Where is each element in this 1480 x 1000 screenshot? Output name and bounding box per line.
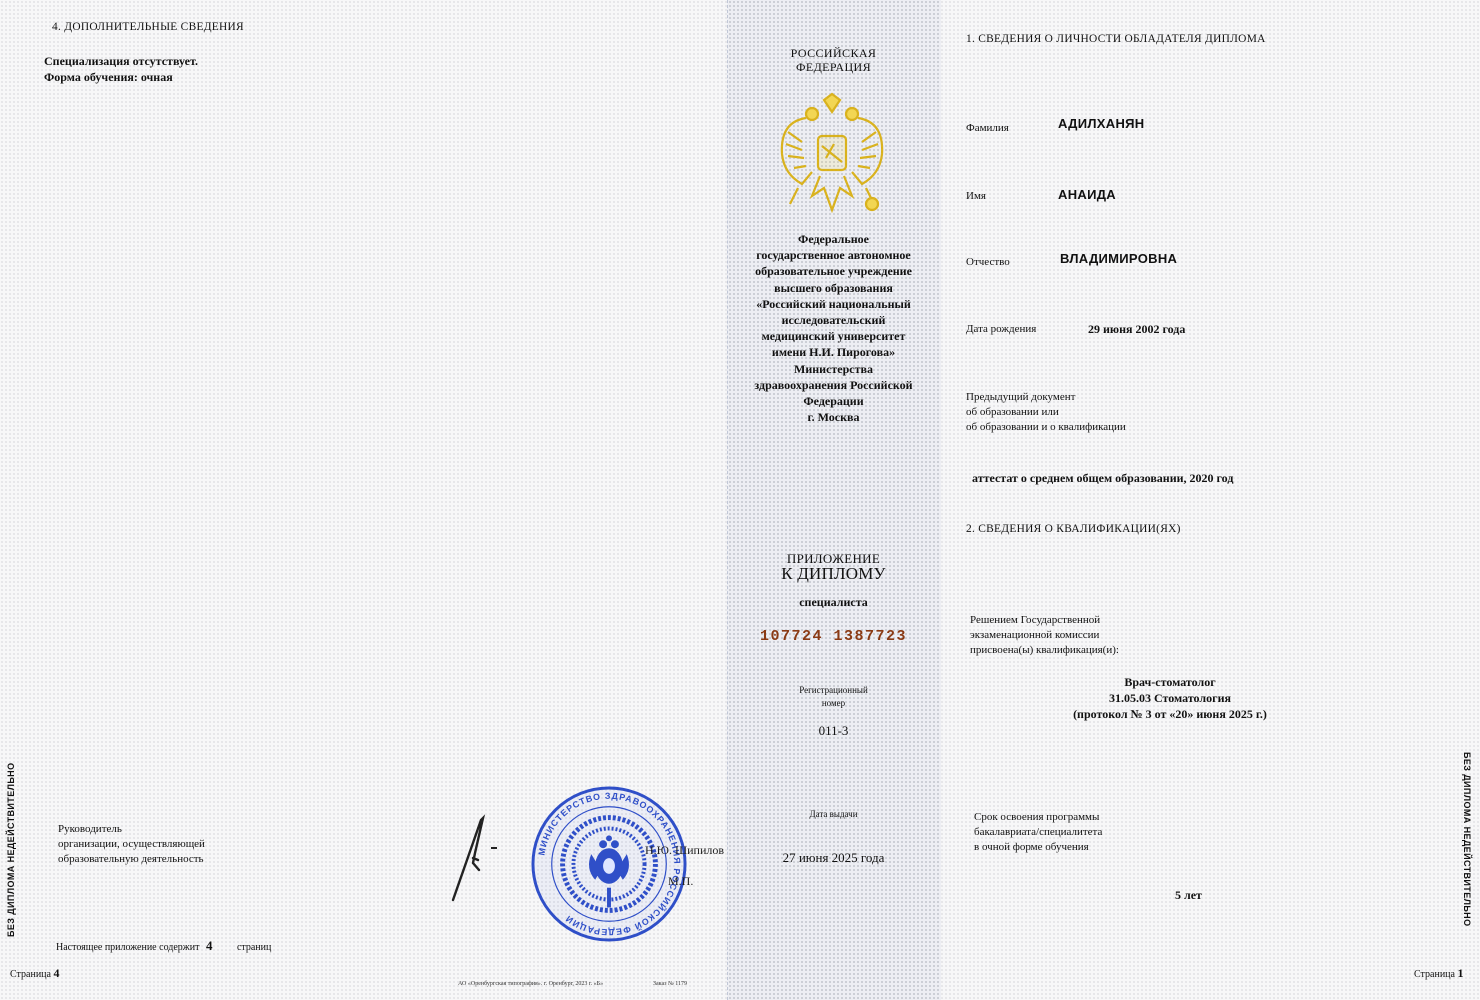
institution-line: «Российский национальный bbox=[727, 296, 940, 312]
stamp-place: М.П. bbox=[668, 874, 693, 889]
institution-line: Федерации bbox=[727, 393, 940, 409]
reg-number: 011-3 bbox=[727, 723, 940, 739]
institution-name: Федеральное государственное автономное о… bbox=[727, 231, 940, 425]
birth-label: Дата рождения bbox=[966, 323, 1036, 335]
commission-text: Решением Государственной экзаменационной… bbox=[970, 613, 1119, 658]
institution-line: Федеральное bbox=[727, 231, 940, 247]
qualification-block: Врач-стоматолог 31.05.03 Стоматология (п… bbox=[1040, 674, 1300, 722]
page-footer-left: Страница 4 bbox=[10, 966, 59, 982]
page-number: 1 bbox=[1457, 966, 1463, 980]
page-footer-right: Страница 1 bbox=[1414, 966, 1463, 982]
pages-note: Настоящее приложение содержит 4 страниц bbox=[56, 938, 271, 955]
patronymic-value: ВЛАДИМИРОВНА bbox=[1060, 251, 1177, 266]
institution-line: государственное автономное bbox=[727, 247, 940, 263]
study-form-line: Форма обучения: очная bbox=[44, 70, 173, 85]
prev-doc-label-line: об образовании и о квалификации bbox=[966, 420, 1126, 435]
name-label: Имя bbox=[966, 190, 986, 202]
institution-line: исследовательский bbox=[727, 312, 940, 328]
issue-date: 27 июня 2025 года bbox=[727, 850, 940, 866]
duration-value: 5 лет bbox=[1175, 888, 1202, 903]
institution-line: здравоохранения Российской bbox=[727, 377, 940, 393]
institution-line: медицинский университет bbox=[727, 328, 940, 344]
specialization-line: Специализация отсутствует. bbox=[44, 54, 198, 69]
institution-line: высшего образования bbox=[727, 280, 940, 296]
duration-label-line: в очной форме обучения bbox=[974, 840, 1102, 855]
side-warning-left: БЕЗ ДИПЛОМА НЕДЕЙСТВИТЕЛЬНО bbox=[6, 752, 16, 937]
pages-count: 4 bbox=[206, 938, 213, 953]
serial-number: 107724 1387723 bbox=[727, 628, 940, 645]
official-stamp-icon: МИНИСТЕРСТВО ЗДРАВООХРАНЕНИЯ РОССИЙСКОЙ … bbox=[530, 785, 688, 943]
page-number: 4 bbox=[53, 966, 59, 980]
birth-date-value: 29 июня 2002 года bbox=[1088, 322, 1185, 337]
head-label-line: организации, осуществляющей bbox=[58, 837, 205, 852]
page-label: Страница bbox=[10, 969, 51, 980]
commission-line: присвоена(ы) квалификация(и): bbox=[970, 643, 1119, 658]
signer-initials: Н.Ю. Шипилов bbox=[645, 843, 724, 858]
signature-icon bbox=[445, 808, 505, 908]
prev-doc-label-line: об образовании или bbox=[966, 405, 1126, 420]
head-label-line: образовательную деятельность bbox=[58, 852, 205, 867]
pages-note-suffix: страниц bbox=[237, 942, 271, 953]
reg-label-line: Регистрационный bbox=[727, 684, 940, 697]
prev-doc-label: Предыдущий документ об образовании или о… bbox=[966, 390, 1126, 435]
head-label-line: Руководитель bbox=[58, 822, 205, 837]
institution-line: образовательное учреждение bbox=[727, 263, 940, 279]
doc-type: специалиста bbox=[727, 595, 940, 610]
commission-line: экзаменационной комиссии bbox=[970, 628, 1119, 643]
prev-doc-label-line: Предыдущий документ bbox=[966, 390, 1126, 405]
institution-line: г. Москва bbox=[727, 409, 940, 425]
head-label: Руководитель организации, осуществляющей… bbox=[58, 822, 205, 867]
pages-note-prefix: Настоящее приложение содержит bbox=[56, 942, 199, 953]
section-1-title: 1. СВЕДЕНИЯ О ЛИЧНОСТИ ОБЛАДАТЕЛЯ ДИПЛОМ… bbox=[966, 31, 1266, 46]
prev-doc-value: аттестат о среднем общем образовании, 20… bbox=[972, 471, 1233, 486]
reg-label: Регистрационный номер bbox=[727, 684, 940, 710]
specialty-code: 31.05.03 Стоматология bbox=[1040, 690, 1300, 706]
name-value: АНАИДА bbox=[1058, 187, 1116, 202]
institution-line: Министерства bbox=[727, 361, 940, 377]
patronymic-label: Отчество bbox=[966, 256, 1010, 268]
doc-title-2: К ДИПЛОМУ bbox=[727, 564, 940, 584]
section-4-title: 4. ДОПОЛНИТЕЛЬНЫЕ СВЕДЕНИЯ bbox=[52, 19, 244, 34]
institution-line: имени Н.И. Пирогова» bbox=[727, 344, 940, 360]
country-line: ФЕДЕРАЦИЯ bbox=[727, 60, 940, 74]
reg-label-line: номер bbox=[727, 697, 940, 710]
duration-label-line: бакалавриата/специалитета bbox=[974, 825, 1102, 840]
issue-label: Дата выдачи bbox=[727, 809, 940, 819]
surname-value: АДИЛХАНЯН bbox=[1058, 116, 1144, 131]
qualification-title: Врач-стоматолог bbox=[1040, 674, 1300, 690]
printer-note: АО «Оренбургская типография». г. Оренбур… bbox=[458, 981, 603, 987]
order-note: Заказ № 1179 bbox=[653, 981, 687, 987]
commission-line: Решением Государственной bbox=[970, 613, 1119, 628]
duration-label: Срок освоения программы бакалавриата/спе… bbox=[974, 810, 1102, 855]
duration-label-line: Срок освоения программы bbox=[974, 810, 1102, 825]
country-name: РОССИЙСКАЯ ФЕДЕРАЦИЯ bbox=[727, 46, 940, 74]
section-2-title: 2. СВЕДЕНИЯ О КВАЛИФИКАЦИИ(ЯХ) bbox=[966, 521, 1181, 536]
coat-of-arms-icon bbox=[772, 92, 892, 218]
page-label: Страница bbox=[1414, 969, 1455, 980]
side-warning-right: БЕЗ ДИПЛОМА НЕДЕЙСТВИТЕЛЬНО bbox=[1462, 752, 1472, 937]
country-line: РОССИЙСКАЯ bbox=[727, 46, 940, 60]
surname-label: Фамилия bbox=[966, 122, 1009, 134]
protocol-note: (протокол № 3 от «20» июня 2025 г.) bbox=[1040, 706, 1300, 722]
